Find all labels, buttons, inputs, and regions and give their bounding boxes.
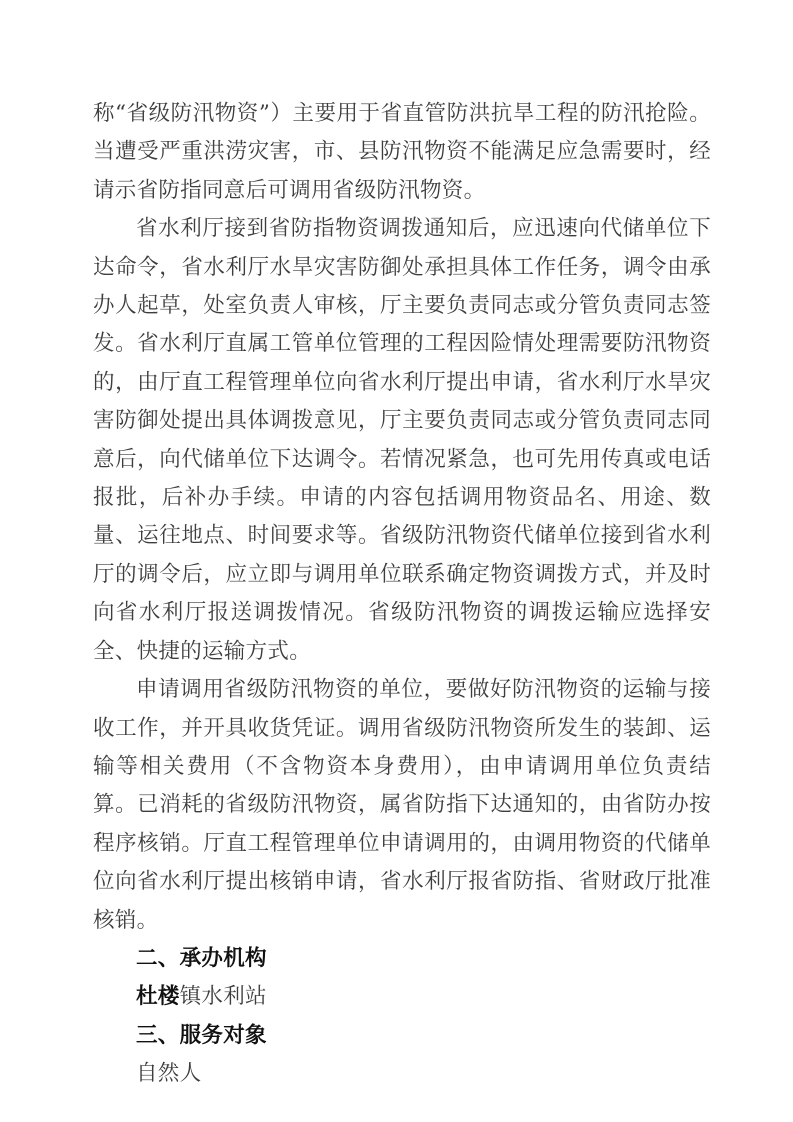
section-heading-service-target: 三、服务对象 [93, 1017, 711, 1055]
section-heading-undertaking-agency: 二、承办机构 [93, 940, 711, 978]
service-target-value: 自然人 [93, 1055, 711, 1093]
paragraph-material-usage: 称“省级防汛物资”）主要用于省直管防洪抗旱工程的防汛抢险。当遭受严重洪涝灾害，市… [93, 95, 711, 210]
paragraph-dispatch-procedure: 省水利厅接到省防指物资调拨通知后，应迅速向代储单位下达命令，省水利厅水旱灾害防御… [93, 210, 711, 671]
document-page: 称“省级防汛物资”）主要用于省直管防洪抗旱工程的防汛抢险。当遭受严重洪涝灾害，市… [0, 0, 793, 1122]
agency-name-line: 杜楼镇水利站 [93, 978, 711, 1016]
document-content: 称“省级防汛物资”）主要用于省直管防洪抗旱工程的防汛抢险。当遭受严重洪涝灾害，市… [93, 95, 711, 1094]
agency-name-bold-part: 杜楼 [136, 984, 180, 1009]
paragraph-settlement-writeoff: 申请调用省级防汛物资的单位，要做好防汛物资的运输与接收工作，并开具收货凭证。调用… [93, 671, 711, 940]
agency-name-regular-part: 镇水利站 [180, 984, 267, 1009]
